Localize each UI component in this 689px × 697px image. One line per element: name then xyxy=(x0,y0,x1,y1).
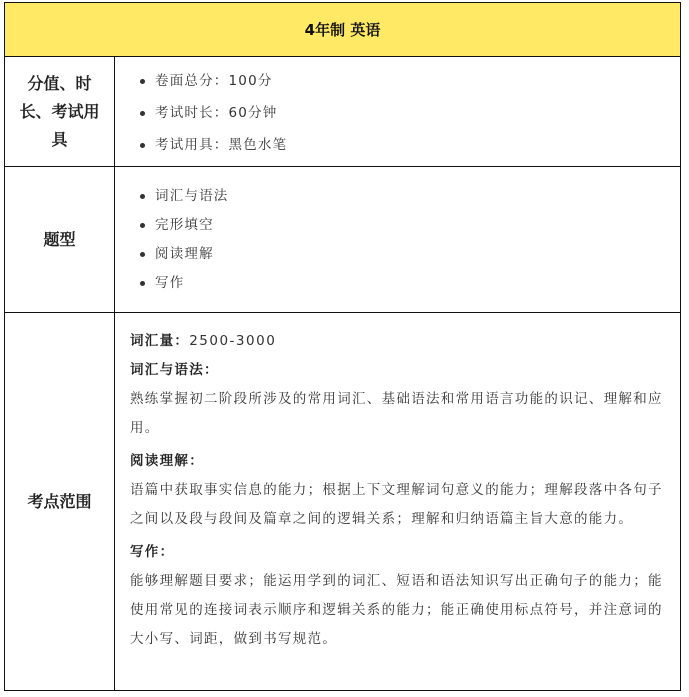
section-text: 能够理解题目要求；能运用学到的词汇、短语和语法知识写出正确句子的能力；能使用常见… xyxy=(130,567,668,654)
row-content-cell: 词汇与语法 完形填空 阅读理解 写作 xyxy=(115,167,680,312)
row-label-cell: 题型 xyxy=(5,167,115,312)
table-header: 4年制 英语 xyxy=(5,3,680,57)
row-label-cell: 考点范围 xyxy=(5,313,115,690)
vocab-value: 2500-3000 xyxy=(189,333,276,349)
list-item-text: 阅读理解 xyxy=(155,246,214,262)
list-item-text: 写作 xyxy=(155,275,184,291)
list-item-text: 考试时长：60分钟 xyxy=(155,105,277,121)
table-row-question-types: 题型 词汇与语法 完形填空 阅读理解 写作 xyxy=(5,167,680,313)
list-item: 写作 xyxy=(138,269,229,298)
exam-info-table: 4年制 英语 分值、时长、考试用具 卷面总分：100分 考试时长：60分钟 考试… xyxy=(4,2,681,691)
bullet-icon xyxy=(140,252,145,257)
list-item: 完形填空 xyxy=(138,211,229,240)
table-row-score-duration-tools: 分值、时长、考试用具 卷面总分：100分 考试时长：60分钟 考试用具：黑色水笔 xyxy=(5,57,680,167)
list-item: 阅读理解 xyxy=(138,240,229,269)
list-item: 考试时长：60分钟 xyxy=(138,97,287,129)
list-item-text: 词汇与语法 xyxy=(155,188,229,204)
list-item-text: 完形填空 xyxy=(155,217,214,233)
bullet-icon xyxy=(140,143,145,148)
section-text: 语篇中获取事实信息的能力；根据上下文理解词句意义的能力；理解段落中各句子之间以及… xyxy=(130,476,668,534)
bullet-icon xyxy=(140,111,145,116)
bullet-icon xyxy=(140,281,145,286)
row-label: 题型 xyxy=(18,226,102,254)
row-label-cell: 分值、时长、考试用具 xyxy=(5,57,115,166)
section-heading: 阅读理解： xyxy=(130,447,668,476)
scope-content: 词汇量：2500-3000 词汇与语法： 熟练掌握初二阶段所涉及的常用词汇、基础… xyxy=(130,327,668,654)
bullet-icon xyxy=(140,194,145,199)
row-content-cell: 词汇量：2500-3000 词汇与语法： 熟练掌握初二阶段所涉及的常用词汇、基础… xyxy=(115,313,680,690)
bullet-list: 词汇与语法 完形填空 阅读理解 写作 xyxy=(138,182,229,298)
table-row-exam-scope: 考点范围 词汇量：2500-3000 词汇与语法： 熟练掌握初二阶段所涉及的常用… xyxy=(5,313,680,690)
list-item: 词汇与语法 xyxy=(138,182,229,211)
section-heading: 词汇与语法： xyxy=(130,356,668,385)
list-item: 考试用具：黑色水笔 xyxy=(138,129,287,161)
list-item-text: 卷面总分：100分 xyxy=(155,73,273,89)
bullet-icon xyxy=(140,79,145,84)
row-content-cell: 卷面总分：100分 考试时长：60分钟 考试用具：黑色水笔 xyxy=(115,57,680,166)
table-title: 4年制 英语 xyxy=(305,19,381,40)
vocab-line: 词汇量：2500-3000 xyxy=(130,327,668,356)
section-heading: 写作： xyxy=(130,538,668,567)
bullet-list: 卷面总分：100分 考试时长：60分钟 考试用具：黑色水笔 xyxy=(138,65,287,161)
list-item: 卷面总分：100分 xyxy=(138,65,287,97)
bullet-icon xyxy=(140,223,145,228)
row-label: 分值、时长、考试用具 xyxy=(18,70,102,154)
vocab-heading: 词汇量： xyxy=(130,333,189,349)
list-item-text: 考试用具：黑色水笔 xyxy=(155,137,287,153)
section-text: 熟练掌握初二阶段所涉及的常用词汇、基础语法和常用语言功能的识记、理解和应用。 xyxy=(130,385,668,443)
row-label: 考点范围 xyxy=(18,488,102,516)
